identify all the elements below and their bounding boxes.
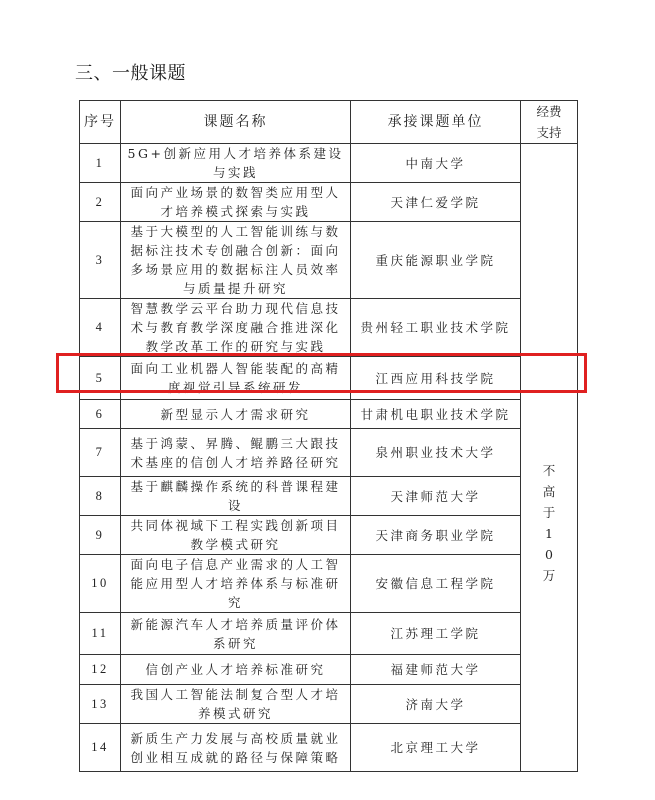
row-no: 10 [80,555,121,613]
row-unit: 江西应用科技学院 [351,357,521,400]
row-name: 基于麒麟操作系统的科普课程建设 [121,477,351,516]
table-row: 1 5G+创新应用人才培养体系建设与实践 中南大学 不高于10万 [80,144,578,183]
row-unit: 天津商务职业学院 [351,516,521,555]
row-name: 共同体视域下工程实践创新项目教学模式研究 [121,516,351,555]
row-no: 7 [80,429,121,477]
row-name: 面向产业场景的数智类应用型人才培养模式探索与实践 [121,183,351,222]
section-title: 三、一般课题 [75,59,186,85]
table-row: 8 基于麒麟操作系统的科普课程建设 天津师范大学 [80,477,578,516]
row-unit: 中南大学 [351,144,521,183]
row-unit: 天津师范大学 [351,477,521,516]
row-unit: 福建师范大学 [351,655,521,685]
header-name: 课题名称 [121,101,351,144]
general-topics-table: 序号 课题名称 承接课题单位 经费支持 1 5G+创新应用人才培养体系建设与实践… [79,100,578,772]
table-row: 4 智慧教学云平台助力现代信息技术与教育教学深度融合推进深化教学改革工作的研究与… [80,299,578,357]
row-no: 12 [80,655,121,685]
row-no: 5 [80,357,121,400]
row-no: 9 [80,516,121,555]
row-name: 基于鸿蒙、昇腾、鲲鹏三大跟技术基座的信创人才培养路径研究 [121,429,351,477]
row-no: 8 [80,477,121,516]
row-unit: 重庆能源职业学院 [351,222,521,299]
row-unit: 北京理工大学 [351,724,521,772]
row-name: 5G+创新应用人才培养体系建设与实践 [121,144,351,183]
table-row: 7 基于鸿蒙、昇腾、鲲鹏三大跟技术基座的信创人才培养路径研究 泉州职业技术大学 [80,429,578,477]
table-row: 3 基于大模型的人工智能训练与数据标注技术专创融合创新：面向多场景应用的数据标注… [80,222,578,299]
table-row: 2 面向产业场景的数智类应用型人才培养模式探索与实践 天津仁爱学院 [80,183,578,222]
row-unit: 泉州职业技术大学 [351,429,521,477]
row-name: 新能源汽车人才培养质量评价体系研究 [121,613,351,655]
row-name: 新型显示人才需求研究 [121,400,351,429]
table-row: 11 新能源汽车人才培养质量评价体系研究 江苏理工学院 [80,613,578,655]
row-no: 4 [80,299,121,357]
row-name: 我国人工智能法制复合型人才培养模式研究 [121,685,351,724]
row-unit: 天津仁爱学院 [351,183,521,222]
table-row: 13 我国人工智能法制复合型人才培养模式研究 济南大学 [80,685,578,724]
row-name: 智慧教学云平台助力现代信息技术与教育教学深度融合推进深化教学改革工作的研究与实践 [121,299,351,357]
row-no: 6 [80,400,121,429]
row-unit: 甘肃机电职业技术学院 [351,400,521,429]
row-unit: 济南大学 [351,685,521,724]
row-name: 信创产业人才培养标准研究 [121,655,351,685]
table-row: 9 共同体视域下工程实践创新项目教学模式研究 天津商务职业学院 [80,516,578,555]
row-no: 1 [80,144,121,183]
table-row: 14 新质生产力发展与高校质量就业创业相互成就的路径与保障策略 北京理工大学 [80,724,578,772]
row-name: 面向工业机器人智能装配的高精度视觉引导系统研发 [121,357,351,400]
header-fund: 经费支持 [521,101,578,144]
header-unit: 承接课题单位 [351,101,521,144]
row-no: 14 [80,724,121,772]
row-no: 2 [80,183,121,222]
row-name: 新质生产力发展与高校质量就业创业相互成就的路径与保障策略 [121,724,351,772]
table-row: 10 面向电子信息产业需求的人工智能应用型人才培养体系与标准研究 安徽信息工程学… [80,555,578,613]
row-name: 基于大模型的人工智能训练与数据标注技术专创融合创新：面向多场景应用的数据标注人员… [121,222,351,299]
row-no: 3 [80,222,121,299]
header-no: 序号 [80,101,121,144]
row-name: 面向电子信息产业需求的人工智能应用型人才培养体系与标准研究 [121,555,351,613]
row-no: 13 [80,685,121,724]
table-row: 12 信创产业人才培养标准研究 福建师范大学 [80,655,578,685]
row-unit: 安徽信息工程学院 [351,555,521,613]
fund-note: 不高于10万 [542,460,556,586]
table-row: 6 新型显示人才需求研究 甘肃机电职业技术学院 [80,400,578,429]
row-unit: 贵州轻工职业技术学院 [351,299,521,357]
row-no: 11 [80,613,121,655]
table-header-row: 序号 课题名称 承接课题单位 经费支持 [80,101,578,144]
table-row-highlighted: 5 面向工业机器人智能装配的高精度视觉引导系统研发 江西应用科技学院 [80,357,578,400]
row-unit: 江苏理工学院 [351,613,521,655]
fund-cell: 不高于10万 [521,144,578,772]
